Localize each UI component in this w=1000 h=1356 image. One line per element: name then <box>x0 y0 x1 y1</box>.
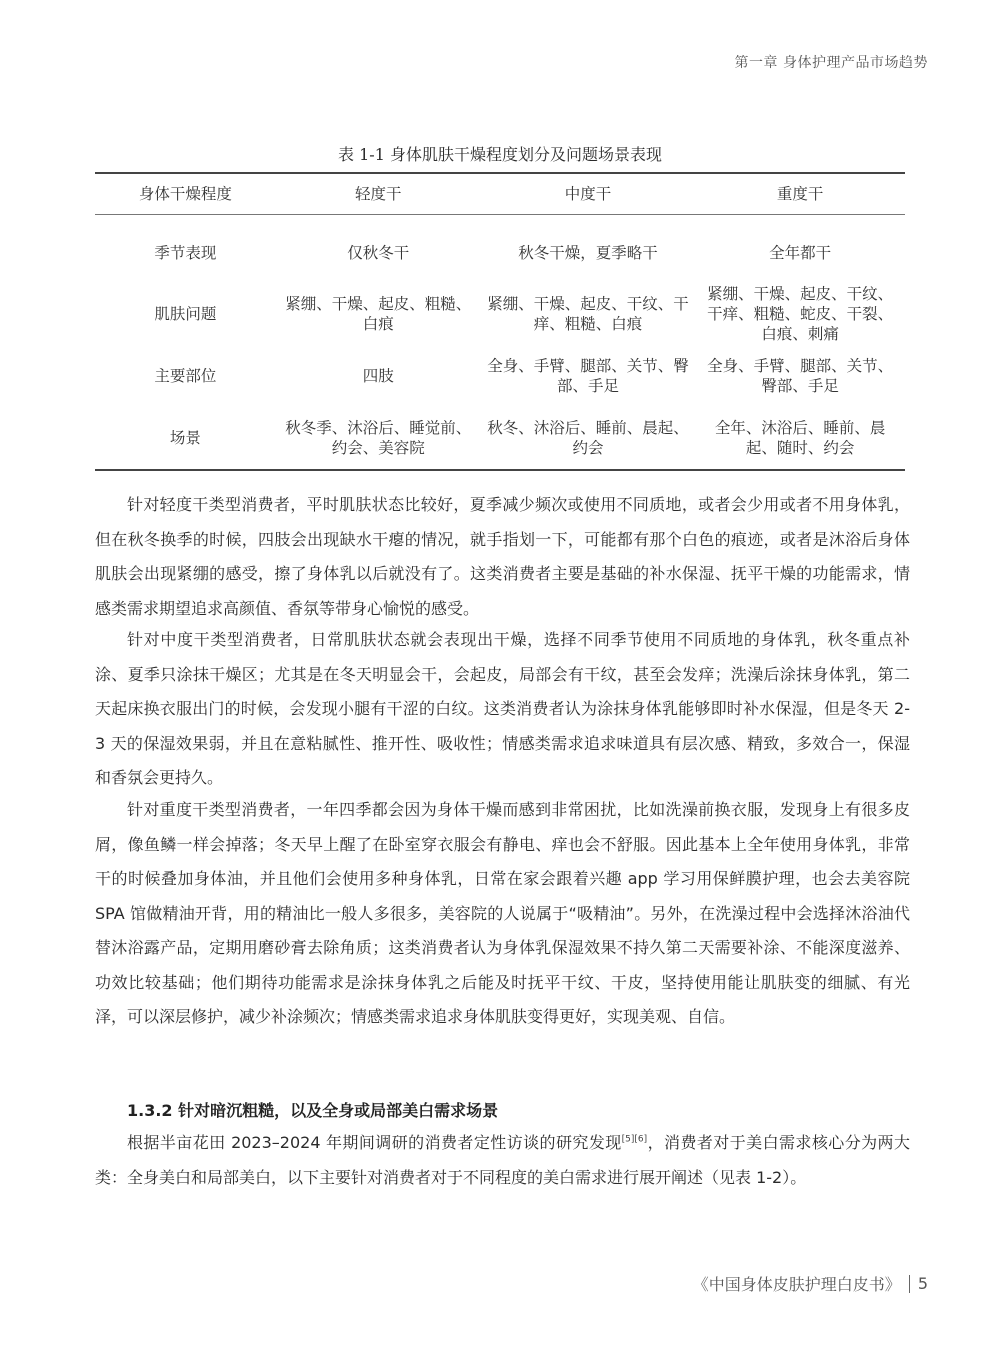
paragraph-text: 根据半亩花田 2023–2024 年期间调研的消费者定性访谈的研究发现[5][6… <box>95 1126 910 1195</box>
paragraph-mild-dryness: 针对轻度干类型消费者，平时肌肤状态比较好，夏季减少频次或使用不同质地，或者会少用… <box>95 488 910 626</box>
intro-text: 根据半亩花田 2023–2024 年期间调研的消费者定性访谈的研究发现 <box>127 1133 622 1152</box>
paragraph-text: 针对重度干类型消费者，一年四季都会因为身体干燥而感到非常困扰，比如洗澡前换衣服，… <box>95 793 910 1035</box>
table-caption: 表 1-1 身体肌肤干燥程度划分及问题场景表现 <box>0 142 1000 165</box>
table-cell: 全年、沐浴后、睡前、晨起、随时、约会 <box>695 407 905 470</box>
row-label: 场景 <box>95 407 276 470</box>
section-heading: 1.3.2 针对暗沉粗糙，以及全身或局部美白需求场景 <box>127 1098 498 1121</box>
citation-reference[interactable]: [5][6] <box>622 1135 648 1145</box>
paragraph-moderate-dryness: 针对中度干类型消费者，日常肌肤状态就会表现出干燥，选择不同季节使用不同质地的身体… <box>95 623 910 796</box>
paragraph-text: 针对轻度干类型消费者，平时肌肤状态比较好，夏季减少频次或使用不同质地，或者会少用… <box>95 488 910 626</box>
column-header: 中度干 <box>481 173 695 215</box>
footer-divider <box>909 1275 910 1293</box>
paragraph-whitening-intro: 根据半亩花田 2023–2024 年期间调研的消费者定性访谈的研究发现[5][6… <box>95 1126 910 1195</box>
row-label: 季节表现 <box>95 215 276 284</box>
paragraph-text: 针对中度干类型消费者，日常肌肤状态就会表现出干燥，选择不同季节使用不同质地的身体… <box>95 623 910 796</box>
table-cell: 秋冬季、沐浴后、睡觉前、约会、美容院 <box>276 407 481 470</box>
table-cell: 秋冬干燥，夏季略干 <box>481 215 695 284</box>
table-cell: 四肢 <box>276 345 481 407</box>
column-header: 身体干燥程度 <box>95 173 276 215</box>
page-number: 5 <box>918 1274 928 1293</box>
table-row: 肌肤问题 紧绷、干燥、起皮、粗糙、白痕 紧绷、干燥、起皮、干纹、干痒、粗糙、白痕… <box>95 283 905 345</box>
row-label: 主要部位 <box>95 345 276 407</box>
dryness-table: 身体干燥程度 轻度干 中度干 重度干 季节表现 仅秋冬干 秋冬干燥，夏季略干 全… <box>95 172 905 471</box>
running-header: 第一章 身体护理产品市场趋势 <box>735 52 928 72</box>
table-row: 场景 秋冬季、沐浴后、睡觉前、约会、美容院 秋冬、沐浴后、睡前、晨起、约会 全年… <box>95 407 905 470</box>
table-header-row: 身体干燥程度 轻度干 中度干 重度干 <box>95 173 905 215</box>
column-header: 重度干 <box>695 173 905 215</box>
column-header: 轻度干 <box>276 173 481 215</box>
table-cell: 仅秋冬干 <box>276 215 481 284</box>
table-cell: 全身、手臂、腿部、关节、臀部、手足 <box>695 345 905 407</box>
table-cell: 全身、手臂、腿部、关节、臀部、手足 <box>481 345 695 407</box>
table-cell: 紧绷、干燥、起皮、粗糙、白痕 <box>276 283 481 345</box>
page-footer: 《中国身体皮肤护理白皮书》 5 <box>693 1272 928 1295</box>
table-row: 主要部位 四肢 全身、手臂、腿部、关节、臀部、手足 全身、手臂、腿部、关节、臀部… <box>95 345 905 407</box>
table-cell: 全年都干 <box>695 215 905 284</box>
table-cell: 紧绷、干燥、起皮、干纹、干痒、粗糙、白痕 <box>481 283 695 345</box>
row-label: 肌肤问题 <box>95 283 276 345</box>
paragraph-severe-dryness: 针对重度干类型消费者，一年四季都会因为身体干燥而感到非常困扰，比如洗澡前换衣服，… <box>95 793 910 1035</box>
table-cell: 紧绷、干燥、起皮、干纹、干痒、粗糙、蛇皮、干裂、白痕、刺痛 <box>695 283 905 345</box>
table-cell: 秋冬、沐浴后、睡前、晨起、约会 <box>481 407 695 470</box>
table-row: 季节表现 仅秋冬干 秋冬干燥，夏季略干 全年都干 <box>95 215 905 284</box>
book-title: 《中国身体皮肤护理白皮书》 <box>693 1272 901 1295</box>
